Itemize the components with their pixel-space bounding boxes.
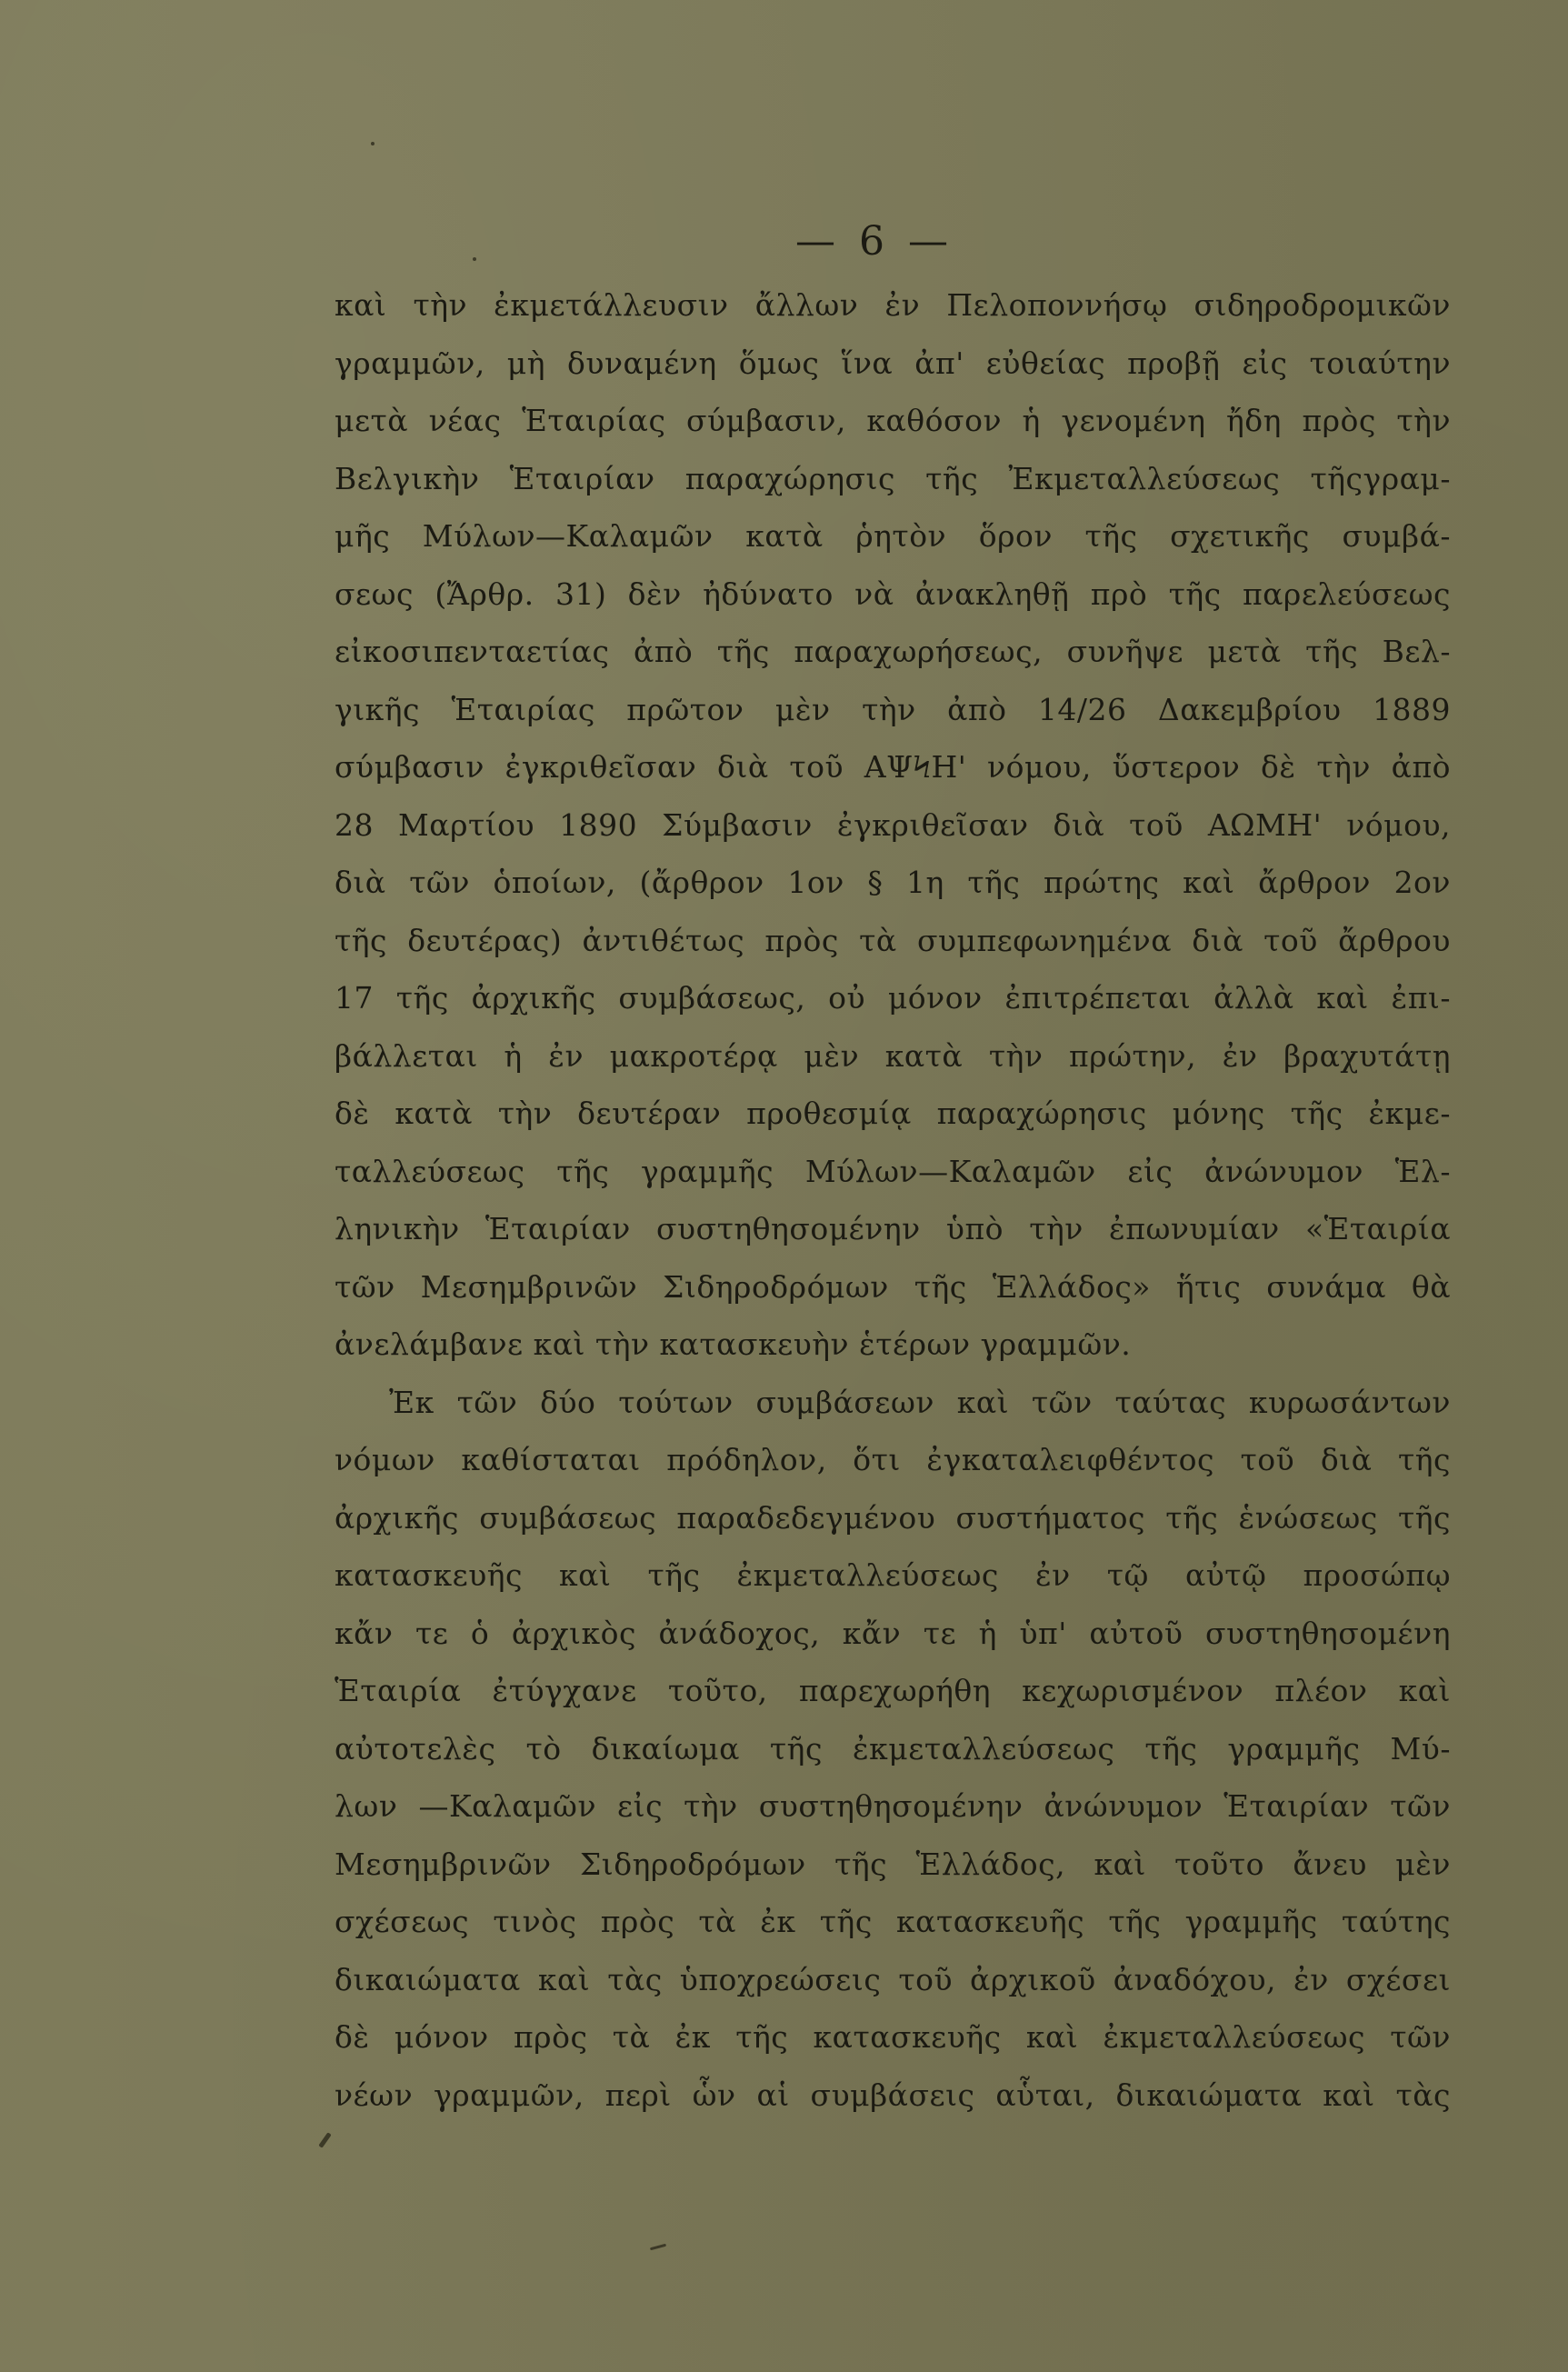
text-line: σχέσεως τινὸς πρὸς τὰ ἐκ τῆς κατασκευῆς … (335, 1893, 1451, 1951)
text-line: ἀρχικῆς συμβάσεως παραδεδεγμένου συστήμα… (335, 1489, 1451, 1547)
text-line: σύμβασιν ἐγκριθεῖσαν διὰ τοῦ ΑΨϞΗ' νόμου… (335, 738, 1451, 796)
document-page: — 6 — καὶ τὴν ἐκμετάλλευσιν ἄλλων ἐν Πελ… (335, 215, 1451, 2124)
text-line: διὰ τῶν ὁποίων, (ἄρθρον 1ον § 1η τῆς πρώ… (335, 854, 1451, 912)
paper-speck (650, 2244, 666, 2251)
text-line: ἀνελάμβανε καὶ τὴν κατασκευὴν ἑτέρων γρα… (335, 1316, 1451, 1374)
body-text: καὶ τὴν ἐκμετάλλευσιν ἄλλων ἐν Πελοποννή… (335, 276, 1451, 2124)
text-line: βάλλεται ἡ ἐν μακροτέρᾳ μὲν κατὰ τὴν πρώ… (335, 1027, 1451, 1086)
text-line: γικῆς Ἑταιρίας πρῶτον μὲν τὴν ἀπὸ 14/26 … (335, 681, 1451, 739)
text-line: νόμων καθίσταται πρόδηλον, ὅτι ἐγκαταλει… (335, 1431, 1451, 1489)
text-line: γραμμῶν, μὴ δυναμένη ὅμως ἵνα ἀπ' εὐθεία… (335, 335, 1451, 393)
text-line: δὲ κατὰ τὴν δευτέραν προθεσμίᾳ παραχώρησ… (335, 1085, 1451, 1143)
text-line: 17 τῆς ἀρχικῆς συμβάσεως, οὐ μόνον ἐπιτρ… (335, 969, 1451, 1027)
text-line: νέων γραμμῶν, περὶ ὧν αἱ συμβάσεις αὗται… (335, 2067, 1451, 2125)
text-line: ληνικὴν Ἑταιρίαν συστηθησομένην ὑπὸ τὴν … (335, 1200, 1451, 1258)
text-line: Μεσημβρινῶν Σιδηροδρόμων τῆς Ἑλλάδος, κα… (335, 1836, 1451, 1894)
text-line: τῶν Μεσημβρινῶν Σιδηροδρόμων τῆς Ἑλλάδος… (335, 1258, 1451, 1316)
text-line: Ἑταιρία ἐτύγχανε τοῦτο, παρεχωρήθη κεχωρ… (335, 1662, 1451, 1720)
text-line: δικαιώματα καὶ τὰς ὑποχρεώσεις τοῦ ἀρχικ… (335, 1951, 1451, 2009)
text-line: Βελγικὴν Ἑταιρίαν παραχώρησις τῆς Ἐκμετα… (335, 450, 1451, 508)
text-line: κἄν τε ὁ ἀρχικὸς ἀνάδοχος, κἄν τε ἡ ὑπ' … (335, 1605, 1451, 1663)
paper-speck (371, 142, 375, 145)
paragraph-2: Ἐκ τῶν δύο τούτων συμβάσεων καὶ τῶν ταύτ… (335, 1374, 1451, 2125)
text-line: κατασκευῆς καὶ τῆς ἐκμεταλλεύσεως ἐν τῷ … (335, 1546, 1451, 1605)
paragraph-1: καὶ τὴν ἐκμετάλλευσιν ἄλλων ἐν Πελοποννή… (335, 276, 1451, 1374)
text-line: λων —Καλαμῶν εἰς τὴν συστηθησομένην ἀνών… (335, 1777, 1451, 1836)
page-number: — 6 — (298, 215, 1451, 269)
text-line: 28 Μαρτίου 1890 Σύμβασιν ἐγκριθεῖσαν διὰ… (335, 796, 1451, 855)
text-line: καὶ τὴν ἐκμετάλλευσιν ἄλλων ἐν Πελοποννή… (335, 276, 1451, 335)
text-line: αὐτοτελὲς τὸ δικαίωμα τῆς ἐκμεταλλεύσεως… (335, 1720, 1451, 1778)
text-line: μῆς Μύλων—Καλαμῶν κατὰ ῥητὸν ὅρον τῆς σχ… (335, 507, 1451, 565)
text-line: σεως (Ἄρθρ. 31) δὲν ἠδύνατο νὰ ἀνακληθῇ … (335, 565, 1451, 624)
text-line: δὲ μόνον πρὸς τὰ ἐκ τῆς κατασκευῆς καὶ ἐ… (335, 2008, 1451, 2067)
text-line: τῆς δευτέρας) ἀντιθέτως πρὸς τὰ συμπεφων… (335, 912, 1451, 970)
text-line: εἰκοσιπενταετίας ἀπὸ τῆς παραχωρήσεως, σ… (335, 623, 1451, 681)
text-line: ταλλεύσεως τῆς γραμμῆς Μύλων—Καλαμῶν εἰς… (335, 1143, 1451, 1201)
text-line: μετὰ νέας Ἑταιρίας σύμβασιν, καθόσον ἡ γ… (335, 392, 1451, 450)
paper-speck (318, 2132, 331, 2148)
text-line: Ἐκ τῶν δύο τούτων συμβάσεων καὶ τῶν ταύτ… (335, 1374, 1451, 1432)
